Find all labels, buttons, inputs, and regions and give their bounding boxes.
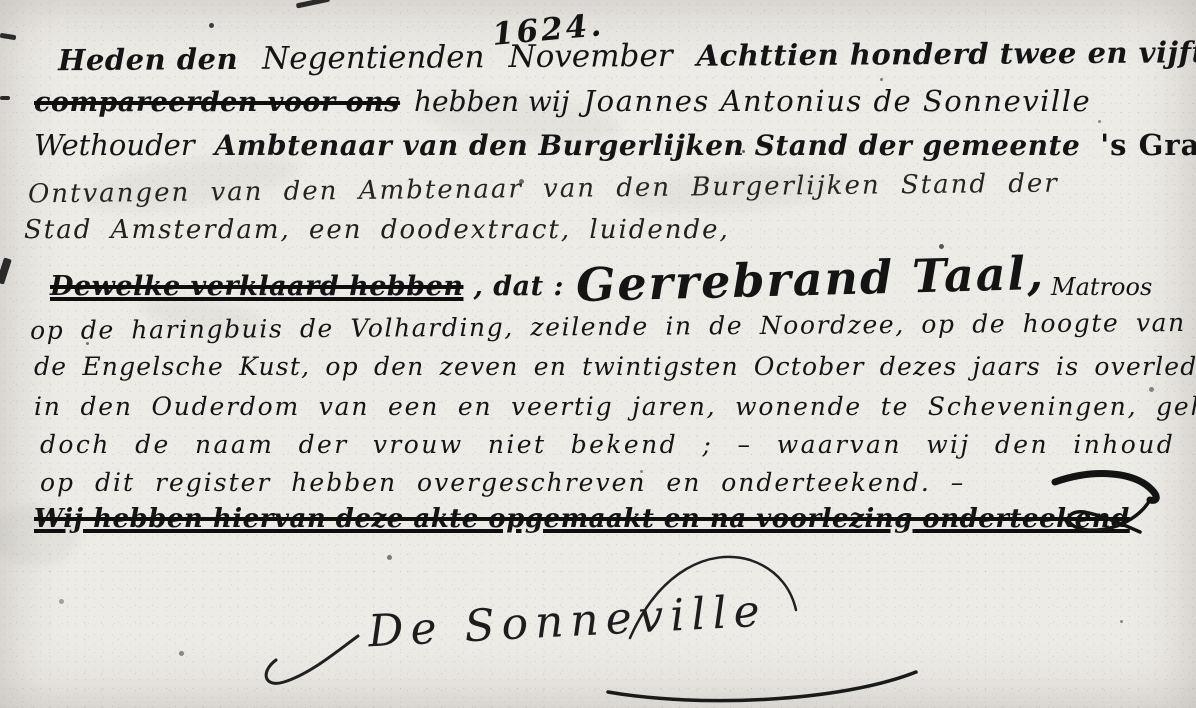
struck-form-text: Dewelke verklaard hebben	[50, 271, 463, 302]
handwritten-text: Stad Amsterdam, een doodextract, luidend…	[24, 215, 730, 245]
deceased-name: Gerrebrand Taal,	[575, 246, 1045, 312]
handwritten-text: de Engelsche Kust, op den zeven en twint…	[34, 352, 1196, 381]
signature-block: De Sonneville	[240, 540, 1060, 708]
handwritten-text: in den Ouderdom van een en veertig jaren…	[34, 392, 1196, 421]
handwritten-wethouder: Wethouder	[34, 128, 195, 162]
handwritten-day: Negentienden	[262, 39, 485, 77]
registrar-name: Joannes Antonius de Sonneville	[584, 84, 1092, 118]
edge-ink-mark	[296, 0, 330, 8]
handwritten-hebben-wij: hebben wij	[414, 85, 570, 118]
date-line: Heden den Negentienden November Achttien…	[58, 34, 1196, 78]
declaration-line: Dewelke verklaard hebben , dat : Gerrebr…	[50, 252, 1152, 306]
closing-formula-line: Wij hebben hiervan deze akte opgemaakt e…	[34, 504, 1130, 534]
transcribed-line: op dit register hebben overgeschreven en…	[40, 468, 965, 497]
edge-ink-mark	[0, 257, 12, 284]
extract-source-line: Stad Amsterdam, een doodextract, luidend…	[24, 215, 730, 245]
death-date-line: de Engelsche Kust, op den zeven en twint…	[34, 352, 1196, 381]
occupation: Matroos	[1051, 273, 1152, 301]
form-text-year: Achttien honderd twee en vijftig ,	[696, 35, 1196, 73]
struck-form-text: Wij hebben hiervan deze akte opgemaakt e…	[34, 504, 1130, 534]
struck-form-text: compareerden voor ons	[34, 87, 400, 118]
paper-noise-specks	[0, 0, 3, 3]
form-text-gravenhage: 's Gravenhage :	[1100, 128, 1196, 162]
age-residence-line: in den Ouderdom van een en veertig jaren…	[34, 392, 1196, 421]
handwritten-text: op dit register hebben overgeschreven en…	[40, 468, 965, 497]
form-text-ambtenaar: Ambtenaar van den Burgerlijken Stand der…	[215, 129, 1081, 162]
form-text-dat: , dat :	[473, 271, 564, 302]
form-text-heden-den: Heden den	[58, 42, 238, 77]
document-scan: 1624. Heden den Negentienden November Ac…	[0, 0, 1196, 708]
closing-flourish	[1000, 440, 1196, 550]
registrar-title-line: Wethouder Ambtenaar van den Burgerlijken…	[34, 128, 1196, 162]
edge-ink-mark	[0, 33, 16, 40]
edge-ink-mark	[0, 96, 10, 100]
handwritten-month: November	[508, 38, 672, 75]
comparants-line: compareerden voor ons hebben wij Joannes…	[34, 84, 1091, 118]
